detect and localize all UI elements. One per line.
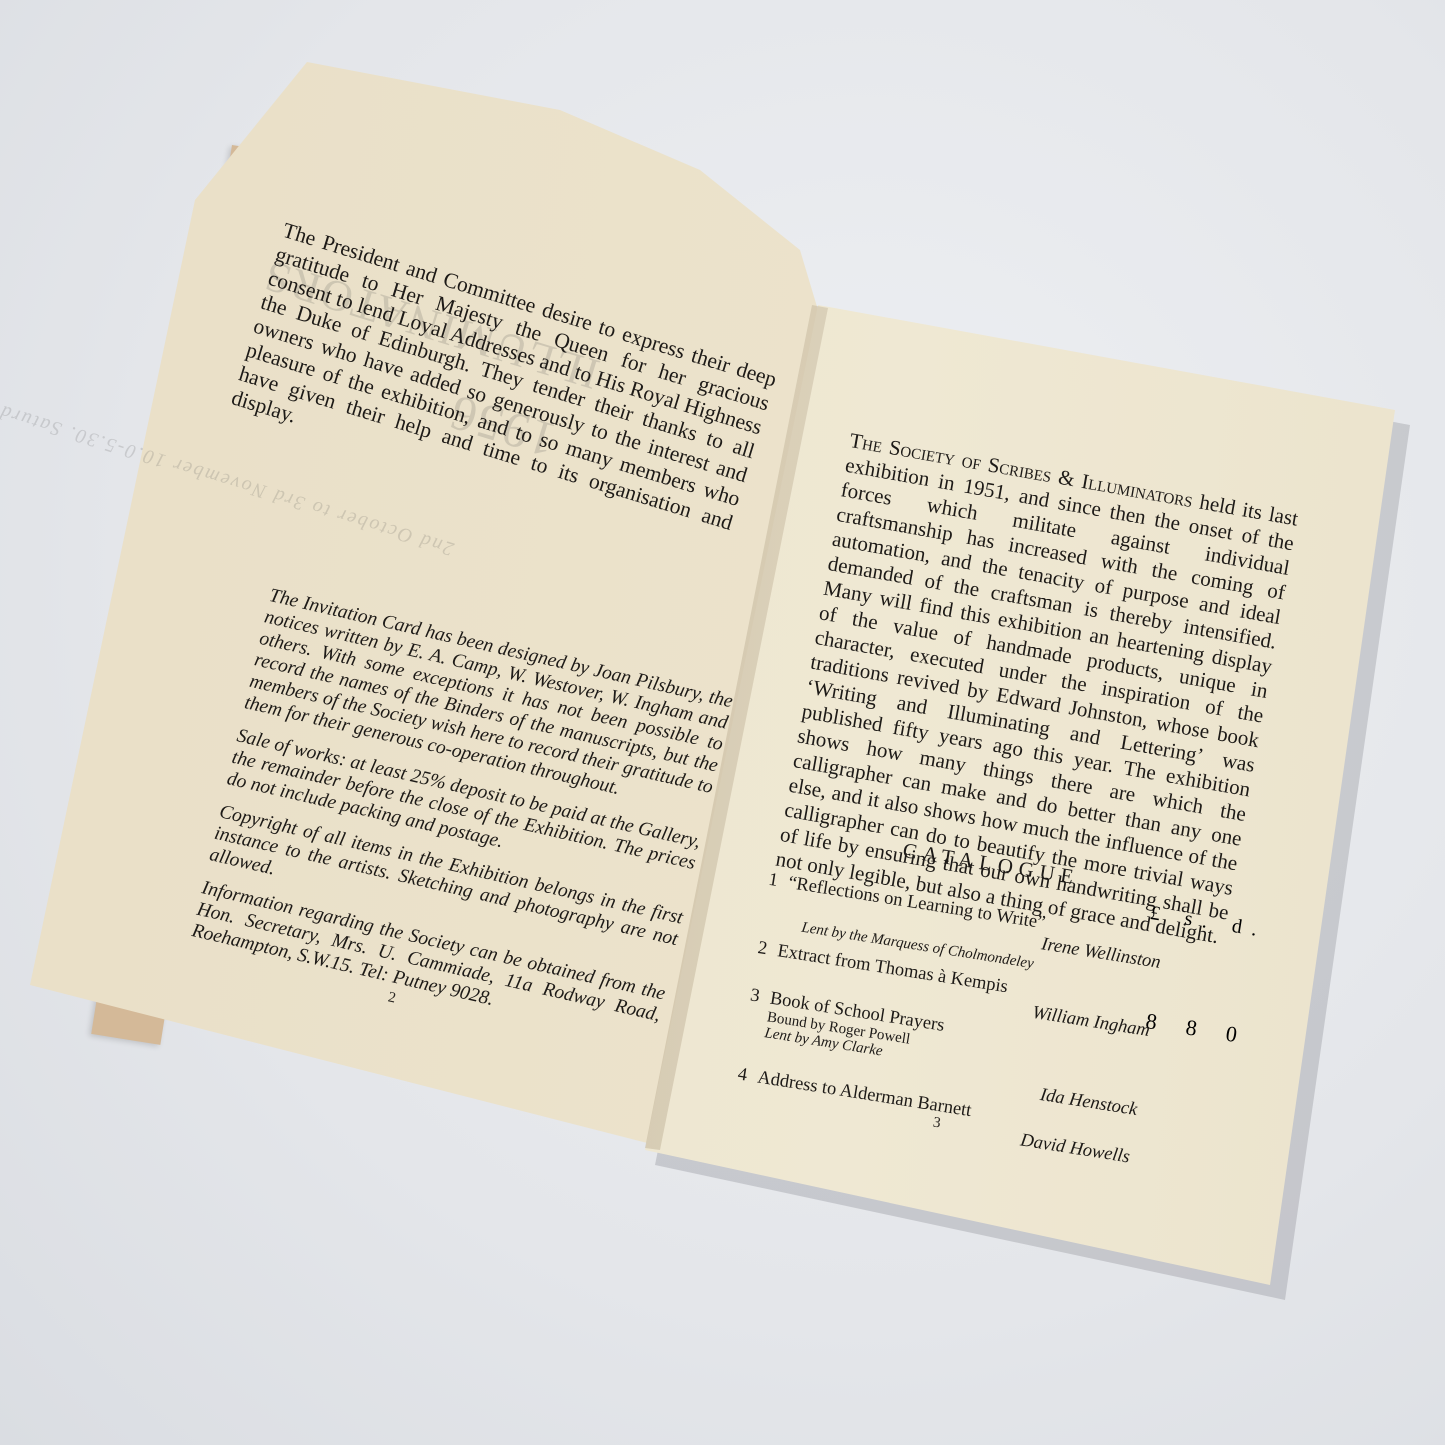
- open-booklet: ILLUMINATORS 1956 2nd October to 3rd Nov…: [0, 0, 1445, 1445]
